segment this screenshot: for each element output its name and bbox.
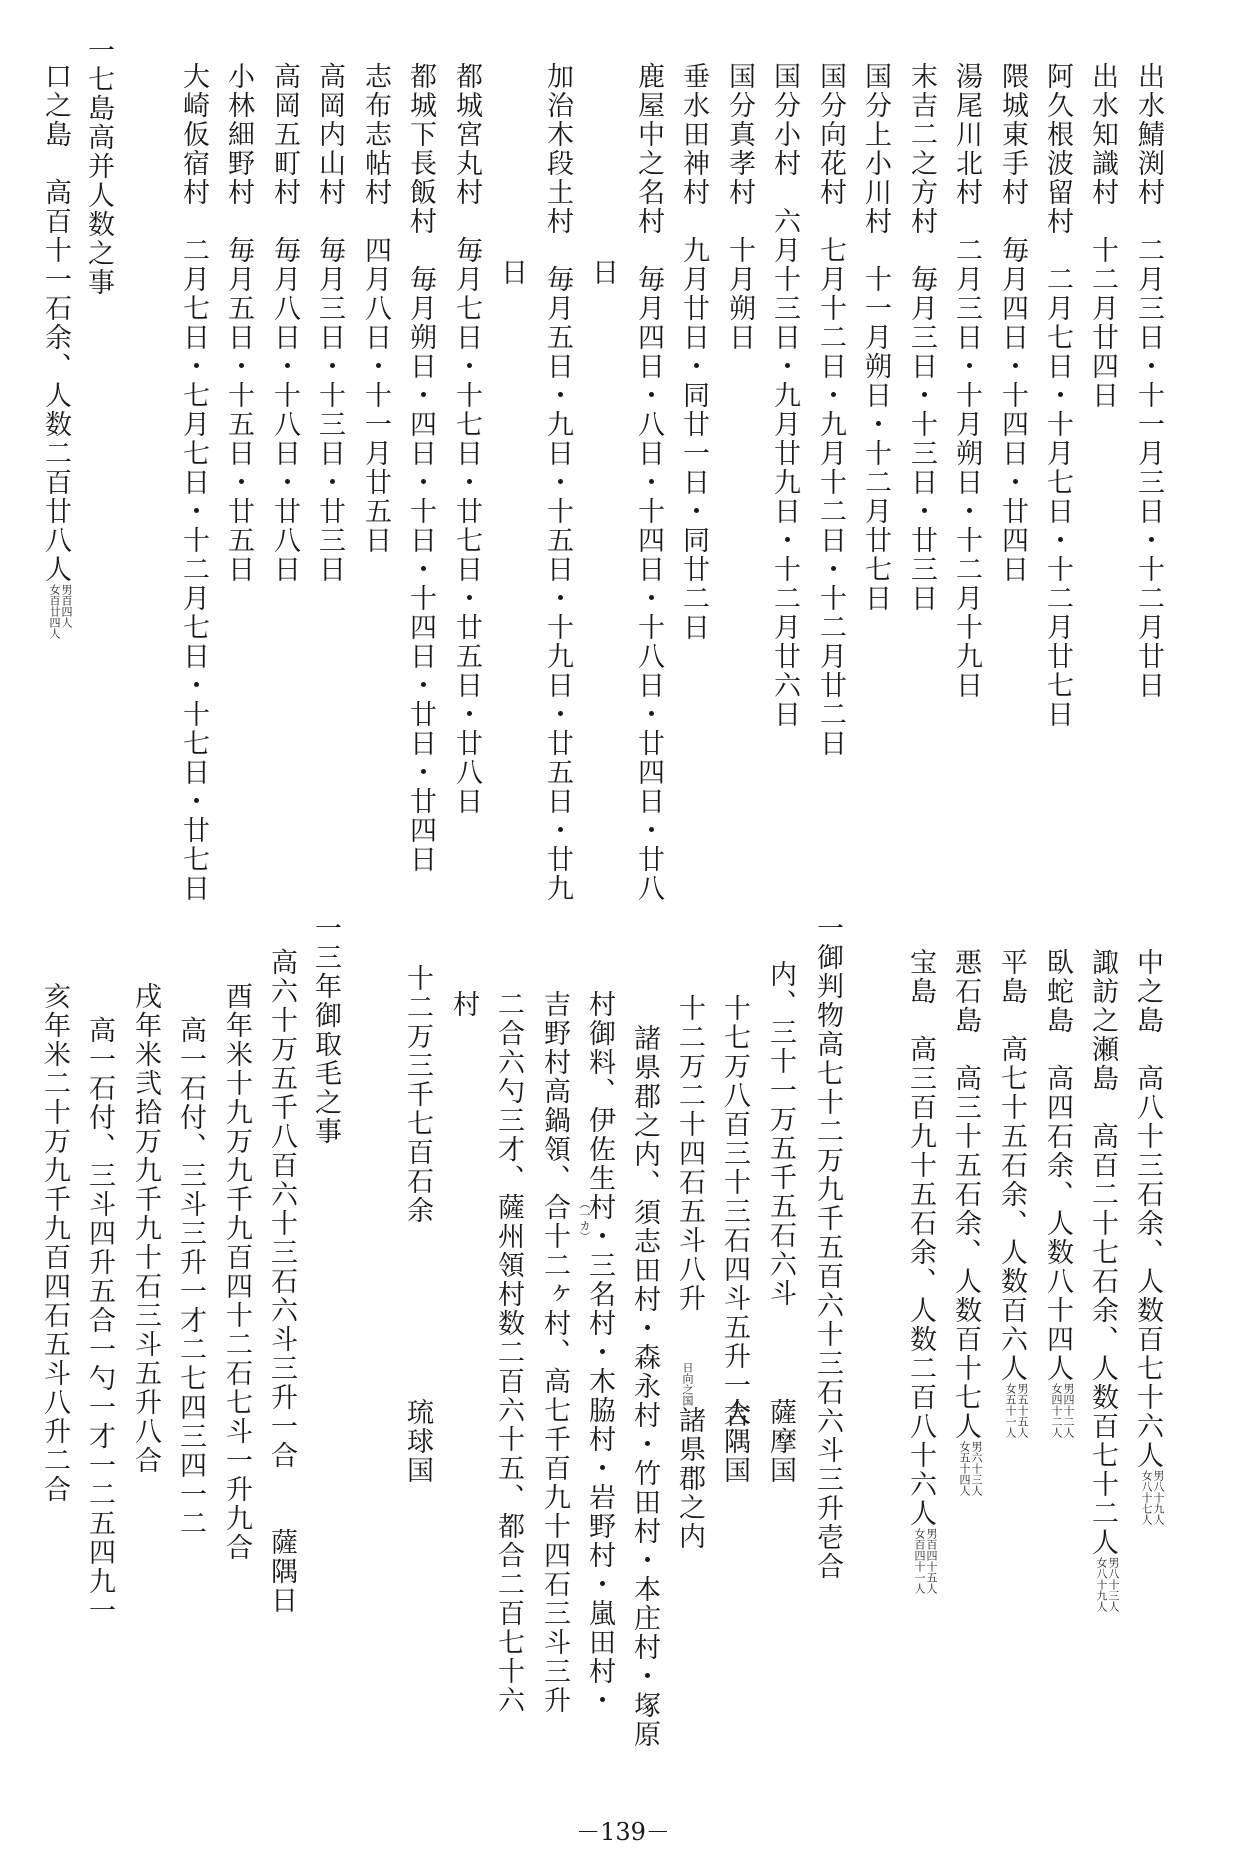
market-dates: 毎月八日・十八日・廿八日 <box>269 236 300 584</box>
village-name: 高岡五町村 <box>269 62 300 207</box>
village-name: 高岡内山村 <box>314 62 345 207</box>
island-name: 臥蛇島 <box>1042 948 1073 1035</box>
village-name: 国分向花村 <box>815 62 846 207</box>
island-name: 諏訪之瀬島 <box>1087 948 1118 1093</box>
village-line: 国分小村 六月十三日・九月廿九日・十二月廿六日 <box>767 62 801 729</box>
gohanmotsu-heading: 一御判物高七十二万九千五百六十三石六斗三升壱合 <box>810 914 844 1581</box>
island-name: 宝島 <box>905 948 936 1006</box>
line-text: 十二万三千七百石余 <box>402 964 433 1225</box>
population-breakdown: 男百四十五人女百四十一人 <box>913 1528 937 1594</box>
market-dates: 十一月朔日・十二月廿七日 <box>860 265 891 613</box>
village-name: 出水鯖渕村 <box>1133 62 1164 207</box>
continuation-line: 日 <box>494 258 528 287</box>
village-line: 加治木段土村 毎月五日・九日・十五日・十九日・廿五日・廿九 <box>540 62 574 903</box>
line-text: 内、三十一万五千五石六斗 <box>765 960 796 1308</box>
market-dates: 二月七日・七月七日・十二月七日・十七日・廿七日 <box>178 236 209 903</box>
island-figures: 高八十三石余、人数百七十六人 <box>1132 1064 1163 1470</box>
line-text: 十二万二十四石五斗八升 <box>674 994 705 1313</box>
female-count: 女八十七人 <box>1140 1470 1152 1525</box>
village-line: 末吉二之方村 毎月三日・十三日・廿三日 <box>904 62 938 613</box>
male-count: 男百四十五人 <box>925 1528 937 1594</box>
text-line: 村御料、伊佐生村・三名村・木脇村・岩野村・嵐田村・ <box>582 990 616 1715</box>
page-number: －139－ <box>0 1812 1246 1847</box>
text-line: 村 <box>446 990 480 1019</box>
female-count: 女四十二人 <box>1050 1383 1062 1438</box>
section-heading-islands: 一七島高并人数之事 <box>81 36 115 297</box>
village-line: 志布志帖村 四月八日・十一月廿五日 <box>358 62 392 555</box>
male-count: 男百四人 <box>60 584 72 639</box>
village-name: 垂水田神村 <box>678 62 709 207</box>
torige-heading: 一三年御取毛之事 <box>308 914 342 1146</box>
village-line: 都城宮丸村 毎月七日・十七日・廿七日・廿五日・廿八日 <box>449 62 483 816</box>
village-line: 高岡五町村 毎月八日・十八日・廿八日 <box>267 62 301 584</box>
market-dates: 九月廿日・同廿一日・同廿二日 <box>678 236 709 642</box>
market-dates: 六月十三日・九月廿九日・十二月廿六日 <box>769 207 800 729</box>
market-dates: 二月三日・十一月三日・十二月廿日 <box>1133 236 1164 700</box>
village-line: 国分向花村 七月十二日・九月十二日・十二月廿二日 <box>813 62 847 758</box>
island-name: 口之島 <box>40 62 71 149</box>
province-label: 薩隅日 <box>264 1528 298 1615</box>
female-count: 女五十一人 <box>1004 1383 1016 1438</box>
village-line: 垂水田神村 九月廿日・同廿一日・同廿二日 <box>676 62 710 642</box>
island-figures: 高四石余、人数八十四人 <box>1042 1064 1073 1383</box>
island-figures: 高三十五石余、人数百十七人 <box>950 1064 981 1441</box>
island-line: 平島 高七十五石余、人数百六人男五十五人女五十一人 <box>994 948 1028 1438</box>
population-breakdown: 男四十二人女四十二人 <box>1050 1383 1074 1438</box>
male-count: 男八十九人 <box>1152 1470 1164 1525</box>
province-label: 大隅国 <box>717 1398 751 1485</box>
village-name: 湯尾川北村 <box>951 62 982 207</box>
village-line: 阿久根波留村 二月七日・十月七日・十二月廿七日 <box>1040 62 1074 729</box>
island-line: 口之島 高百十一石余、人数二百廿八人男百四人女百廿四人 <box>38 62 72 639</box>
domain-line-hyuga: 十二万二十四石五斗八升日向之国諸県郡之内 <box>672 994 706 1634</box>
text-line: 吉野村高鍋領、合十二ヶ村、高七千百九十四石三斗三升（一カ） <box>537 990 571 1715</box>
market-dates: 毎月四日・八日・十四日・十八日・廿四日・廿八 <box>633 265 664 903</box>
female-count: 女百廿四人 <box>48 584 60 639</box>
village-name: 小林細野村 <box>223 62 254 207</box>
island-line: 悪石島 高三十五石余、人数百十七人男六十三人女五十四人 <box>948 948 982 1496</box>
village-line: 国分真孝村 十月朔日 <box>722 62 756 352</box>
village-name: 国分小村 <box>769 62 800 178</box>
village-line: 出水知識村 十二月廿四日 <box>1085 62 1119 410</box>
editorial-note: （一カ） <box>567 1198 601 1242</box>
population-breakdown: 男百四人女百廿四人 <box>48 584 72 639</box>
village-name: 都城宮丸村 <box>451 62 482 207</box>
island-line: 宝島 高三百九十五石余、人数二百八十六人男百四十五人女百四十一人 <box>903 948 937 1594</box>
village-line: 国分上小川村 十一月朔日・十二月廿七日 <box>858 62 892 613</box>
island-name: 中之島 <box>1132 948 1163 1035</box>
ruby-annotation: 日向之国 <box>670 1362 704 1406</box>
text-line: 諸県郡之内、須志田村・森永村・竹田村・本庄村・塚原 <box>627 1024 661 1749</box>
torige-line: 高一石付、三斗三升一才二七四三四一二 <box>173 1016 207 1538</box>
village-name: 末吉二之方村 <box>906 62 937 236</box>
village-name: 出水知識村 <box>1087 62 1118 207</box>
village-line: 出水鯖渕村 二月三日・十一月三日・十二月廿日 <box>1131 62 1165 700</box>
village-line: 大崎仮宿村 二月七日・七月七日・十二月七日・十七日・廿七日 <box>176 62 210 903</box>
population-breakdown: 男八十九人女八十七人 <box>1140 1470 1164 1525</box>
village-name: 阿久根波留村 <box>1042 62 1073 236</box>
province-label: 薩摩国 <box>763 1398 797 1485</box>
village-name: 大崎仮宿村 <box>178 62 209 207</box>
market-dates: 毎月五日・十五日・廿五日 <box>223 236 254 584</box>
market-dates: 毎月七日・十七日・廿七日・廿五日・廿八日 <box>451 236 482 816</box>
village-name: 隈城東手村 <box>997 62 1028 207</box>
torige-line: 戌年米弐拾万九千九十石三斗五升八合 <box>128 982 162 1475</box>
text-line: 二合六勺三才、薩州領村数二百六十五、都合二百七十六 <box>491 990 525 1715</box>
female-count: 女五十四人 <box>958 1441 970 1496</box>
torige-line: 高六十万五千八百六十三石六斗三升一合薩隅日 <box>264 948 298 1508</box>
line-text: 吉野村高鍋領、合十二ヶ村、高七千百九十四石三斗三升 <box>539 990 570 1715</box>
torige-line: 高一石付、三斗四升五合一勺一才一二五四九一 <box>82 1016 116 1625</box>
village-name: 加治木段土村 <box>542 62 573 236</box>
island-line: 臥蛇島 高四石余、人数八十四人男四十二人女四十二人 <box>1040 948 1074 1438</box>
village-line: 隈城東手村 毎月四日・十四日・廿四日 <box>995 62 1029 584</box>
continuation-line: 日 <box>585 258 619 287</box>
market-dates: 毎月四日・十四日・廿四日 <box>997 236 1028 584</box>
village-line: 湯尾川北村 二月三日・十月朔日・十二月十九日 <box>949 62 983 700</box>
province-label: 琉球国 <box>400 1398 434 1485</box>
male-count: 男八十三人 <box>1107 1557 1119 1612</box>
population-breakdown: 男五十五人女五十一人 <box>1004 1383 1028 1438</box>
domain-line-satsuma: 内、三十一万五千五石六斗薩摩国 <box>763 960 797 1520</box>
market-dates: 毎月五日・九日・十五日・十九日・廿五日・廿九 <box>542 265 573 903</box>
female-count: 女百四十一人 <box>913 1528 925 1594</box>
island-figures: 高百十一石余、人数二百廿八人 <box>40 178 71 584</box>
female-count: 女八十九人 <box>1095 1557 1107 1612</box>
population-breakdown: 男六十三人女五十四人 <box>958 1441 982 1496</box>
island-line: 中之島 高八十三石余、人数百七十六人男八十九人女八十七人 <box>1130 948 1164 1525</box>
island-name: 平島 <box>996 948 1027 1006</box>
island-figures: 高七十五石余、人数百六人 <box>996 1035 1027 1383</box>
village-name: 国分真孝村 <box>724 62 755 207</box>
market-dates: 毎月三日・十三日・廿三日 <box>314 236 345 584</box>
torige-line: 酉年米十九万九千九百四十二石七斗一升九合 <box>219 982 253 1562</box>
village-name: 国分上小川村 <box>860 62 891 236</box>
market-dates: 十月朔日 <box>724 236 755 352</box>
market-dates: 十二月廿四日 <box>1087 236 1118 410</box>
line-text: 高六十万五千八百六十三石六斗三升一合 <box>266 948 297 1470</box>
village-line: 鹿屋中之名村 毎月四日・八日・十四日・十八日・廿四日・廿八 <box>631 62 665 903</box>
population-breakdown: 男八十三人女八十九人 <box>1095 1557 1119 1612</box>
male-count: 男四十二人 <box>1062 1383 1074 1438</box>
market-dates: 七月十二日・九月十二日・十二月廿二日 <box>815 236 846 758</box>
male-count: 男六十三人 <box>970 1441 982 1496</box>
province-label: 諸県郡之内 <box>672 1406 706 1551</box>
market-dates: 二月七日・十月七日・十二月廿七日 <box>1042 265 1073 729</box>
island-figures: 高百二十七石余、人数百七十二人 <box>1087 1122 1118 1557</box>
market-dates: 毎月三日・十三日・廿三日 <box>906 265 937 613</box>
village-line: 都城下長飯村 毎月朔日・四日・十日・十四日・廿日・廿四日 <box>403 62 437 874</box>
island-line: 諏訪之瀬島 高百二十七石余、人数百七十二人男八十三人女八十九人 <box>1085 948 1119 1612</box>
village-line: 小林細野村 毎月五日・十五日・廿五日 <box>221 62 255 584</box>
village-name: 志布志帖村 <box>360 62 391 207</box>
domain-line-osumi: 十七万八百三十三石四斗五升一合大隅国 <box>717 994 751 1514</box>
market-dates: 四月八日・十一月廿五日 <box>360 236 391 555</box>
island-figures: 高三百九十五石余、人数二百八十六人 <box>905 1035 936 1528</box>
island-name: 悪石島 <box>950 948 981 1035</box>
domain-line-ryukyu: 十二万三千七百石余琉球国 <box>400 964 434 1524</box>
market-dates: 毎月朔日・四日・十日・十四日・廿日・廿四日 <box>405 265 436 874</box>
village-line: 高岡内山村 毎月三日・十三日・廿三日 <box>312 62 346 584</box>
male-count: 男五十五人 <box>1016 1383 1028 1438</box>
line-text: 十七万八百三十三石四斗五升一合 <box>719 994 750 1429</box>
village-name: 都城下長飯村 <box>405 62 436 236</box>
torige-line: 亥年米二十万九千九百四石五斗八升二合 <box>37 982 71 1504</box>
market-dates: 二月三日・十月朔日・十二月十九日 <box>951 236 982 700</box>
village-name: 鹿屋中之名村 <box>633 62 664 236</box>
